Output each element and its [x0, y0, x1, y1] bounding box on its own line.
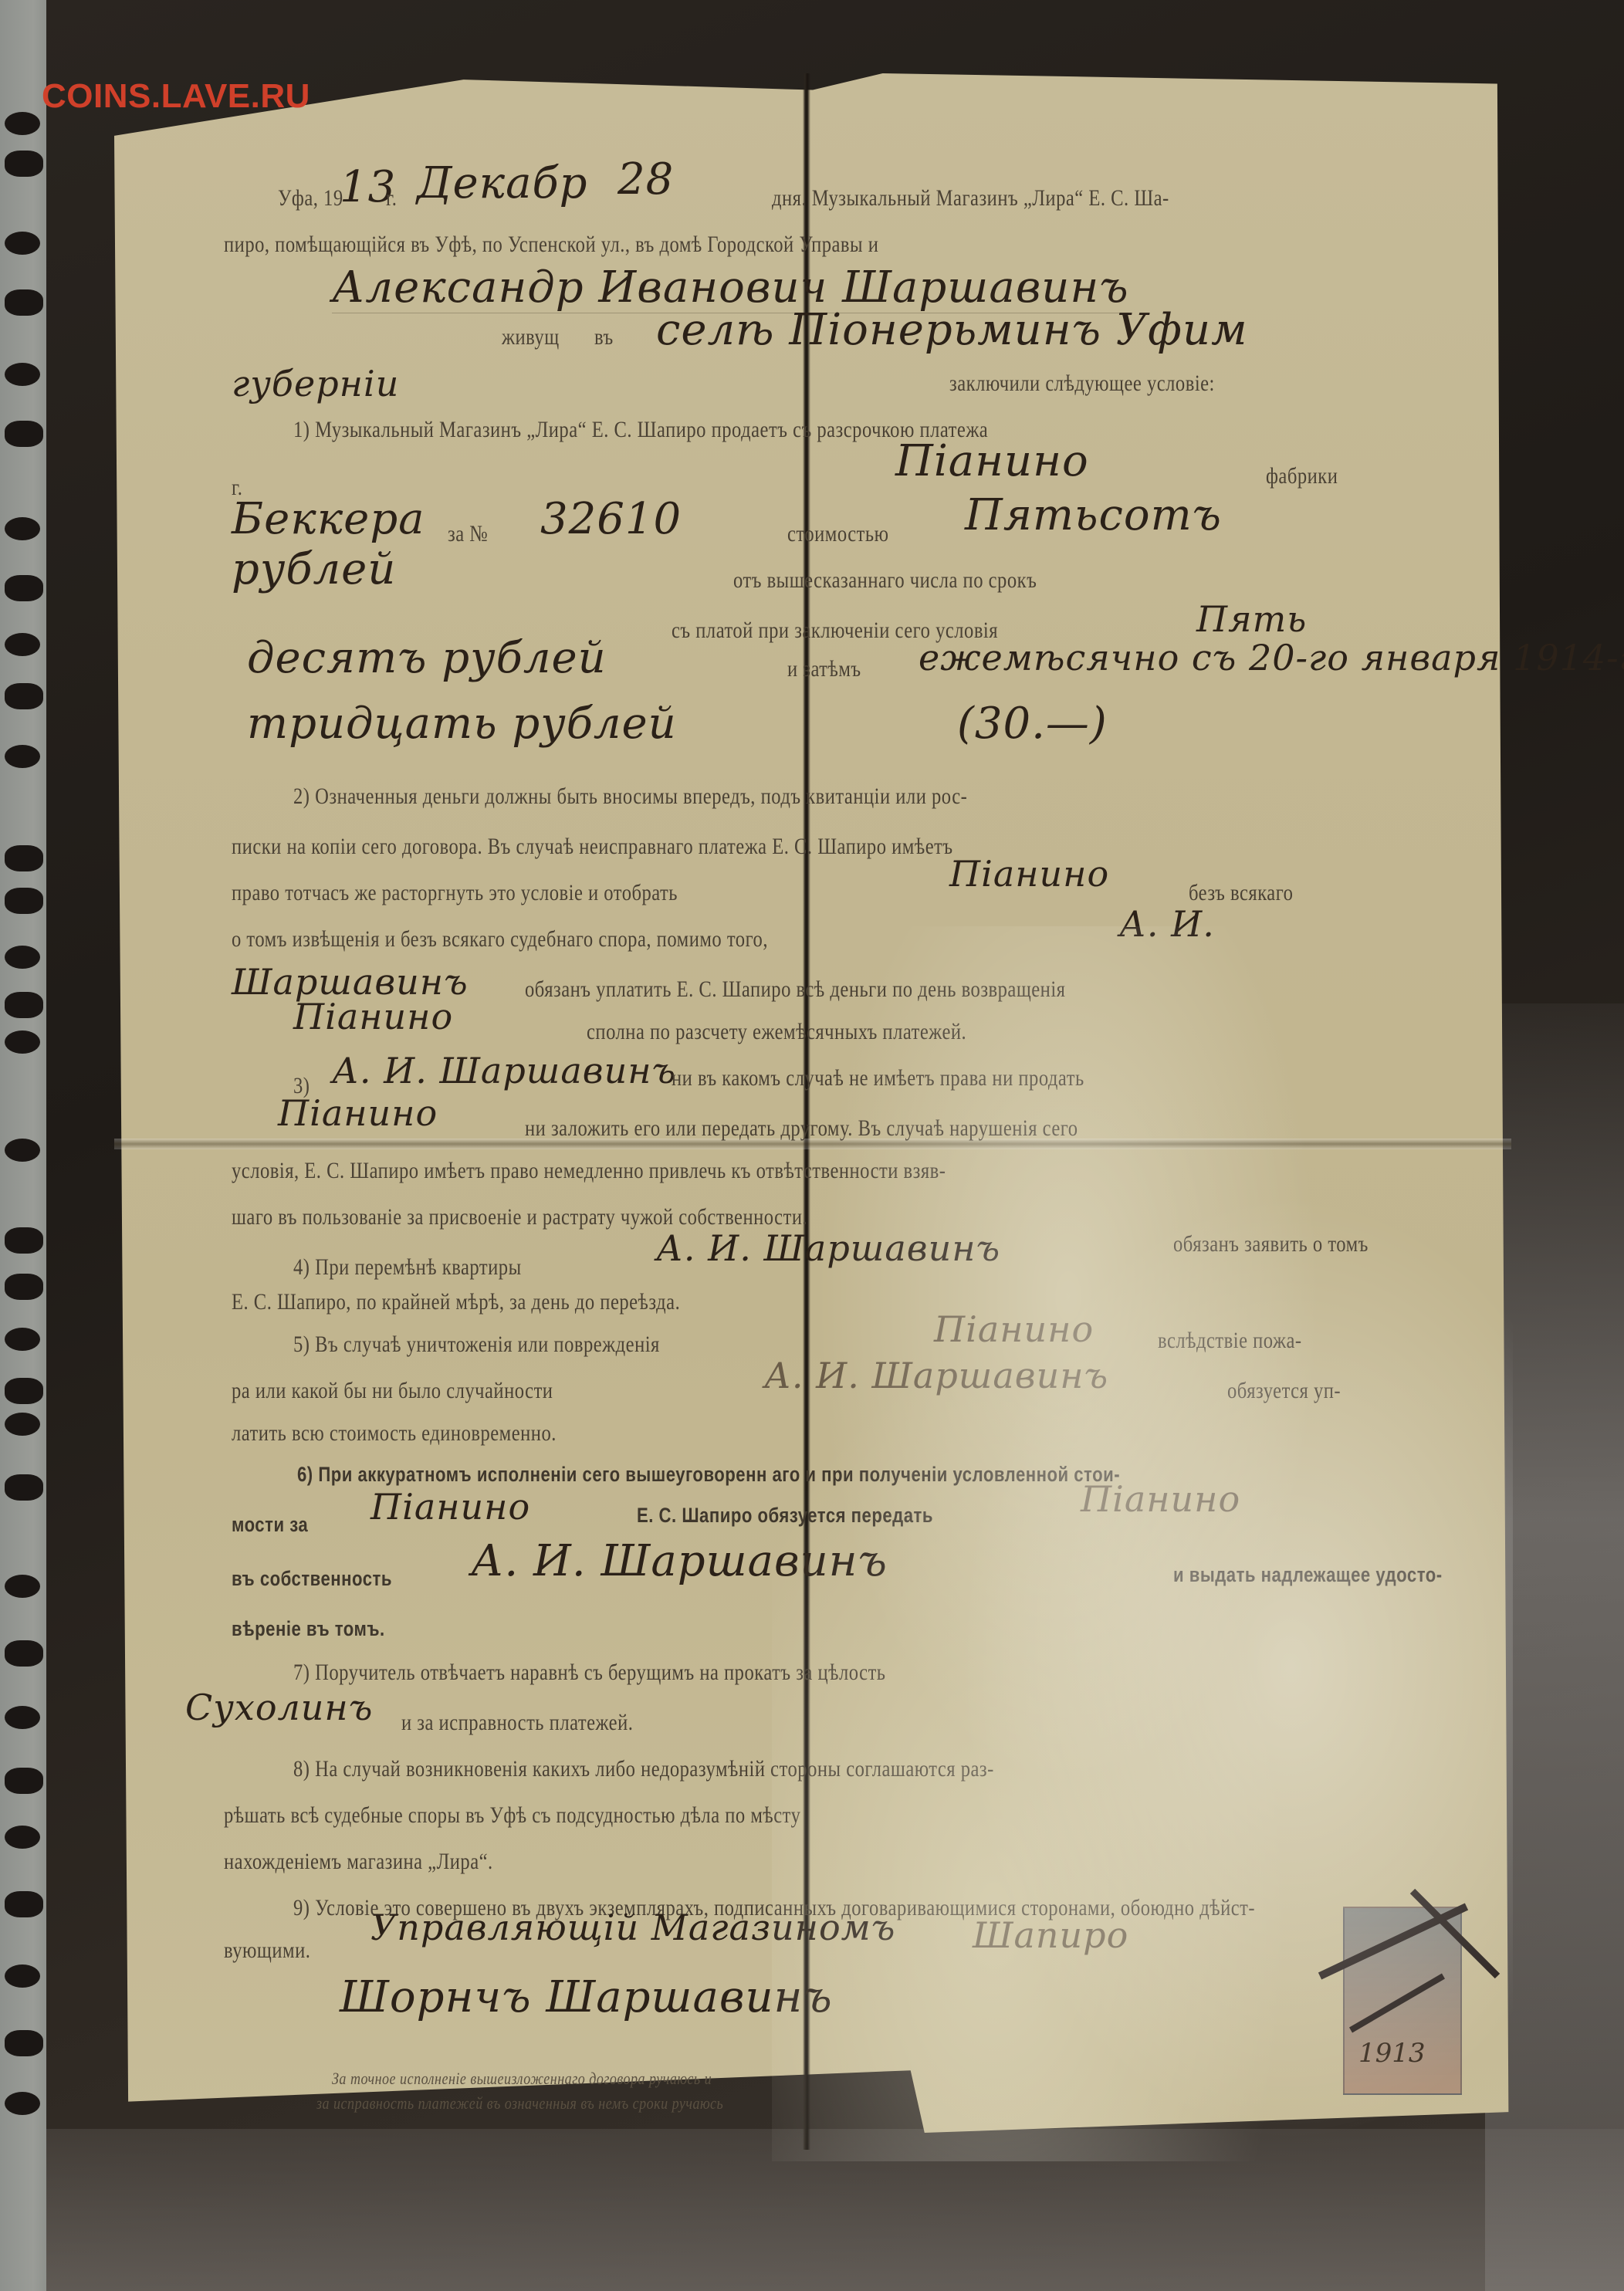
residence-prefix: живущ [502, 324, 560, 350]
guarantor-handwritten: Сухолинъ [185, 1687, 373, 1728]
clause-text: за № [448, 521, 488, 547]
punch-hole [5, 1640, 43, 1667]
punch-hole [5, 845, 43, 871]
punch-hole [5, 517, 40, 540]
clause-text: и за исправность платежей. [401, 1710, 633, 1736]
clause-text: 5) Въ случаѣ уничтоженія или поврежденія [293, 1332, 660, 1358]
clause-text: 1) Музыкальный Магазинъ „Лира“ Е. С. Шап… [293, 417, 988, 443]
clause-text: рѣшать всѣ судебные споры въ Уфѣ съ подс… [224, 1802, 800, 1829]
clause-text: нахожденіемъ магазина „Лира“. [224, 1849, 493, 1875]
shop-intro: дня. Музыкальный Магазинъ „Лира“ Е. С. Ш… [772, 185, 1169, 212]
initials-handwritten: А. И. [1119, 903, 1215, 945]
item-handwritten: Піанино [895, 436, 1089, 486]
punch-hole [5, 112, 40, 135]
year-suffix: г. [386, 185, 397, 212]
buyer-handwritten: А. И. Шаршавинъ [656, 1227, 1000, 1269]
buyer-handwritten: А. И. Шаршавинъ [332, 1050, 676, 1091]
clause-text: стоимостью [787, 521, 888, 547]
clause-text: ни въ какомъ случаѣ не имѣетъ права ни п… [672, 1065, 1084, 1091]
clause-text: вслѣдствіе пожа- [1158, 1328, 1302, 1354]
gubernia-handwritten: губерніи [232, 363, 399, 404]
punch-hole [5, 1274, 43, 1300]
item-handwritten: Піанино [1081, 1478, 1240, 1520]
footer-line: за исправность платежей въ означенныя въ… [316, 2093, 723, 2113]
punch-hole [5, 1891, 43, 1917]
clause-text: обязанъ заявить о томъ [1173, 1231, 1369, 1257]
city-date-prefix: Уфа, 19 [278, 185, 343, 212]
clause-text: сполна по разсчету ежемѣсячныхъ платежей… [587, 1019, 966, 1045]
factory-label: фабрики [1266, 463, 1338, 489]
item-handwritten: Піанино [278, 1092, 438, 1134]
site-watermark: COINS.LAVE.RU [42, 77, 310, 116]
clause-text: латить всю стоимость единовременно. [232, 1420, 557, 1447]
punch-hole [5, 633, 40, 656]
day-handwritten: 28 [617, 154, 674, 205]
punch-hole [5, 289, 43, 316]
punch-hole [5, 232, 40, 255]
installments-handwritten: ежемѣсячно съ 20-го января 1914-го года … [919, 637, 1624, 679]
deposit-words-handwritten: десятъ рублей [247, 633, 607, 683]
clause-text: безъ всякаго [1189, 880, 1293, 906]
clause-text: 4) При перемѣнѣ квартиры [293, 1254, 522, 1281]
concluded-text: заключили слѣдующее условіе: [949, 371, 1215, 397]
clause-text: обязанъ уплатить Е. С. Шапиро всѣ деньги… [525, 976, 1065, 1003]
clause-text: въ собственность [232, 1567, 392, 1591]
punch-hole [5, 1964, 40, 1988]
clause-text: отъ вышесказаннаго числа по срокъ [733, 567, 1037, 594]
maker-handwritten: Беккера [232, 494, 425, 544]
punch-hole [5, 1768, 43, 1794]
residence-suffix: въ [594, 324, 614, 350]
punch-hole [5, 888, 43, 914]
stamp-date-handwritten: 1913 [1358, 2038, 1426, 2069]
punch-hole [5, 1378, 43, 1404]
punch-hole [5, 421, 43, 447]
punch-hole [5, 1575, 40, 1598]
buyer-handwritten: А. И. Шаршавинъ [764, 1355, 1108, 1396]
item-handwritten: Піанино [370, 1486, 530, 1528]
punch-hole [5, 1474, 43, 1501]
clause-text: Е. С. Шапиро обязуется передать [637, 1504, 933, 1528]
footer-line: За точное исполненіе вышеизложеннаго дог… [332, 2069, 712, 2089]
clause-text: 8) На случай возникновенія какихъ либо н… [293, 1756, 994, 1782]
clause-text: мости за [232, 1513, 308, 1537]
clause-text: условія, Е. С. Шапиро имѣетъ право немед… [232, 1158, 946, 1184]
price-handwritten: Пятьсотъ [965, 490, 1222, 540]
punch-hole [5, 363, 40, 386]
clause-text: 7) Поручитель отвѣчаетъ наравнѣ съ берущ… [293, 1660, 886, 1686]
vertical-fold-crease [803, 73, 810, 2150]
monthly-figure-handwritten: (30.—) [957, 699, 1108, 749]
punch-hole [5, 2030, 43, 2056]
punch-hole [5, 992, 43, 1018]
punch-hole [5, 2092, 40, 2115]
currency-handwritten: рублей [232, 544, 396, 594]
punch-hole [5, 1826, 40, 1849]
signature-buyer: Шорнчъ Шаршавинъ [340, 1972, 833, 2022]
monthly-handwritten: тридцать рублей [247, 699, 677, 749]
residence-handwritten: селѣ Пiонерьминъ Уфим [656, 305, 1248, 355]
clause-text: право тотчасъ же расторгнуть это условіе… [232, 880, 678, 906]
signature-manager: Управляющій Магазиномъ [370, 1907, 895, 1948]
deposit-handwritten: Пять [1196, 598, 1307, 640]
clause-text: ни заложить его или передать другому. Въ… [525, 1115, 1078, 1142]
serial-number-handwritten: 32610 [540, 494, 682, 544]
plastic-sleeve-bottom [46, 2129, 1624, 2291]
punch-hole [5, 1706, 40, 1729]
punch-hole [5, 1139, 40, 1162]
item-handwritten: Піанино [949, 853, 1109, 895]
item-handwritten: Піанино [293, 996, 453, 1037]
clause-text: ра или какой бы ни было случайности [232, 1378, 553, 1404]
clause-text: шаго въ пользованіе за присвоеніе и раст… [232, 1204, 807, 1230]
punch-hole [5, 151, 43, 177]
clause-text: обязуется уп- [1227, 1378, 1341, 1404]
shop-address: пиро, помѣщающійся въ Уфѣ, по Успенской … [224, 232, 878, 258]
clause-text: и затѣмъ [787, 656, 861, 682]
clause-text: и выдать надлежащее удосто- [1173, 1563, 1443, 1587]
item-handwritten: Піанино [934, 1308, 1094, 1350]
clause-text: 2) Означенныя деньги должны быть вносимы… [293, 783, 967, 810]
clause-text: вѣреніе въ томъ. [232, 1617, 385, 1641]
clause-text: вующими. [224, 1937, 310, 1964]
clause-text: 6) При аккуратномъ исполненіи сего вышеу… [297, 1463, 1120, 1487]
punch-hole [5, 1413, 40, 1436]
month-handwritten: Декабр [417, 158, 588, 208]
signature-shapiro: Шапиро [973, 1914, 1128, 1956]
punch-hole [5, 1227, 43, 1254]
clause-text: Е. С. Шапиро, по крайней мѣрѣ, за день д… [232, 1289, 680, 1315]
clause-text: о томъ извѣщенія и безъ всякаго судебнаг… [232, 926, 768, 953]
punch-hole [5, 1328, 40, 1351]
punch-hole [5, 1030, 40, 1054]
punch-hole [5, 575, 43, 601]
punch-hole [5, 946, 40, 969]
clause-text: писки на копіи сего договора. Въ случаѣ … [232, 834, 953, 860]
buyer-handwritten: А. И. Шаршавинъ [471, 1536, 888, 1586]
punch-hole [5, 745, 40, 768]
punch-hole [5, 683, 43, 709]
